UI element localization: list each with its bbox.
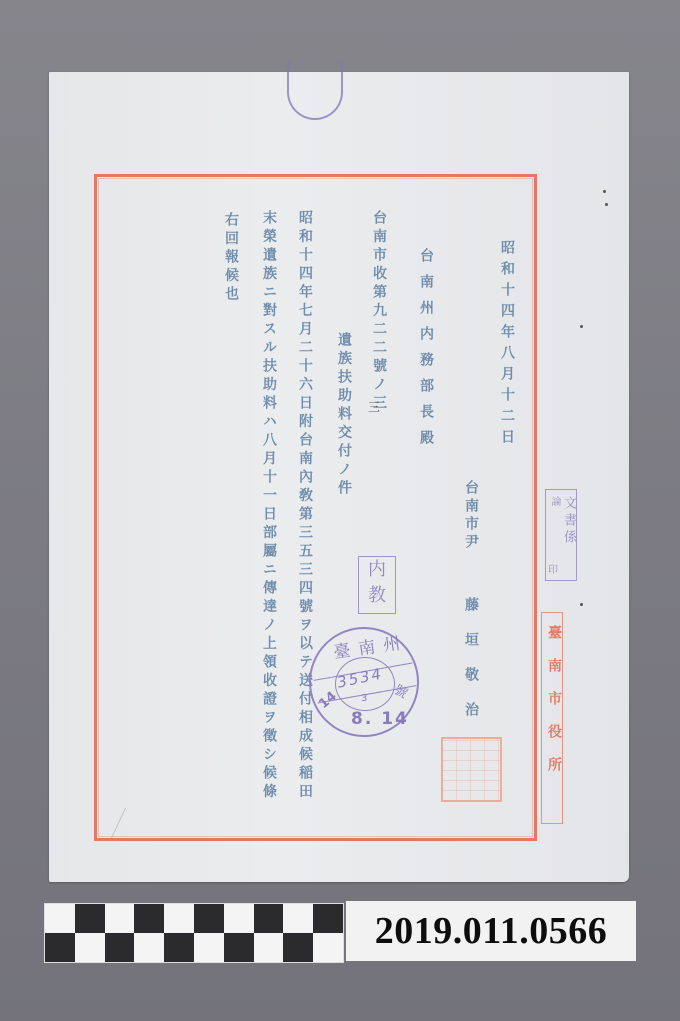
body-column-1: 昭和十四年七月二十六日附台南內敎第三五三四號ヲ以テ送付相成候稲田	[298, 210, 312, 802]
scale-cell	[313, 904, 343, 933]
document-section-stamp: 文書係 論 印	[545, 489, 577, 581]
internal-education-stamp-line2: 教	[359, 583, 395, 609]
scale-cell	[75, 933, 105, 962]
scale-cell	[134, 904, 164, 933]
accession-number-label: 2019.011.0566	[346, 901, 636, 961]
paper-speck	[580, 603, 583, 606]
scale-cell	[45, 933, 75, 962]
addressee-column: 台南州内務部長殿	[419, 248, 433, 456]
scale-cell	[283, 933, 313, 962]
internal-education-stamp-line1: 内	[359, 557, 395, 583]
received-date-stamp: 臺南州 3534 號 14 3 8. 14	[309, 627, 419, 737]
scale-cell	[224, 904, 254, 933]
internal-education-stamp: 内 教	[358, 556, 396, 614]
color-scale-bar	[44, 903, 344, 963]
official-square-seal	[441, 737, 502, 802]
scale-cell	[134, 933, 164, 962]
scale-cell	[105, 904, 135, 933]
scale-cell	[45, 904, 75, 933]
sender-office: 台南市尹	[464, 480, 478, 552]
subject-column: 遺族扶助料交付ノ件	[337, 332, 351, 499]
received-stamp-prefecture: 臺南州	[332, 628, 410, 663]
closing-column: 右回報候也	[224, 212, 238, 305]
received-stamp-middle: 3	[361, 693, 367, 704]
scale-cell	[105, 933, 135, 962]
body-column-2: 末榮遺族ニ對スル扶助料ハ八月十一日部屬ニ傳達ノ上領收證ヲ徵シ候條	[262, 210, 276, 802]
scale-cell	[254, 933, 284, 962]
scale-cell	[283, 904, 313, 933]
scale-cell	[194, 904, 224, 933]
scale-cell	[254, 904, 284, 933]
scale-cell	[75, 904, 105, 933]
top-partial-stamp	[287, 60, 343, 120]
paper-speck	[603, 190, 606, 193]
scale-cell	[224, 933, 254, 962]
scale-cell	[313, 933, 343, 962]
handwritten-annotation: 三	[368, 398, 380, 415]
date-column: 昭和十四年八月十二日	[500, 240, 514, 450]
document-section-stamp-side: 論	[547, 496, 562, 506]
sender-name: 藤垣敬治	[464, 597, 478, 737]
document-section-stamp-foot: 印	[548, 561, 562, 576]
reference-number-column: 台南市收第九二二號ノ三	[372, 210, 386, 414]
letterhead-office-name: 臺南市役所	[544, 625, 564, 790]
scale-cell	[164, 904, 194, 933]
received-stamp-date: 8. 14	[351, 709, 409, 729]
paper-speck	[580, 325, 583, 328]
paper-speck	[605, 203, 608, 206]
scale-cell	[164, 933, 194, 962]
scale-cell	[194, 933, 224, 962]
